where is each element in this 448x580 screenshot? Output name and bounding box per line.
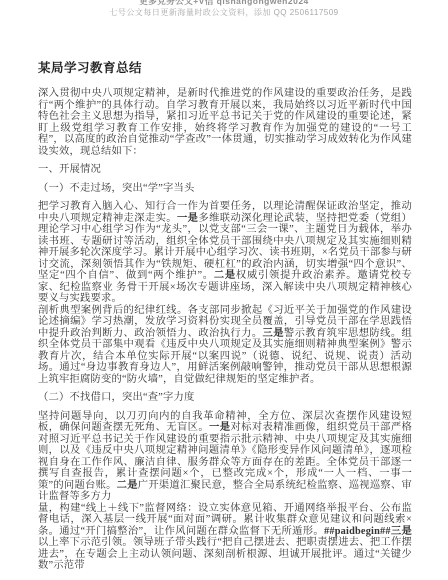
watermark-header: 更多党务公文+V信 qishangongwen2024 七号公文每日更新海量时政… bbox=[0, 0, 448, 18]
bold-text-run: ##paidbegin##三是 bbox=[324, 526, 412, 537]
paragraph: 深入贯彻中央八项规定精神，是新时代推进党的作风建设的重要政治任务，是践行“两个维… bbox=[38, 88, 412, 157]
bold-text-run: 二是 bbox=[117, 480, 138, 491]
text-run: （一）不走过场，突出“学”字当头 bbox=[38, 183, 195, 194]
text-run: 深入贯彻中央八项规定精神，是新时代推进党的作风建设的重要政治任务，是践行“两个维… bbox=[38, 88, 412, 157]
paragraph: 把学习教育入脑入心、知行合一作为首要任务，以理论清醒保证政治坚定，推动中央八项规… bbox=[38, 201, 412, 385]
bold-text-run: 三是 bbox=[263, 328, 284, 339]
text-run: 一、开展情况 bbox=[38, 164, 101, 175]
text-run: 以上率下示范引领。领导班子带头践行“把自己摆进去、把职责摆进去、把工作摆进去”，… bbox=[38, 537, 412, 571]
watermark-line-1: 更多党务公文+V信 qishangongwen2024 bbox=[0, 0, 448, 7]
section-heading: （二）不找借口，突出“查”字力度 bbox=[38, 392, 412, 404]
bold-text-run: 二是 bbox=[214, 270, 236, 281]
section-heading: 一、开展情况 bbox=[38, 164, 412, 176]
document-text-blocks: 深入贯彻中央八项规定精神，是新时代推进党的作风建设的重要政治任务，是践行“两个维… bbox=[38, 88, 412, 572]
bold-text-run: 一是 bbox=[177, 213, 198, 224]
section-heading: （一）不走过场，突出“学”字当头 bbox=[38, 183, 412, 195]
document-title: 某局学习教育总结 bbox=[38, 58, 412, 76]
document-body: 某局学习教育总结 深入贯彻中央八项规定精神，是新时代推进党的作风建设的重要政治任… bbox=[0, 18, 448, 572]
watermark-line-2: 七号公文每日更新海量时政公文资料，添加 QQ 2506117509 bbox=[0, 7, 448, 18]
text-run: （二）不找借口，突出“查”字力度 bbox=[38, 392, 195, 403]
document-page: 更多党务公文+V信 qishangongwen2024 七号公文每日更新海量时政… bbox=[0, 0, 448, 576]
paragraph: 坚持问题导向，以刀刃向内的自我革命精神，全方位、深层次查摆作风建设短板，确保问题… bbox=[38, 411, 412, 572]
bold-text-run: 一是 bbox=[209, 422, 230, 433]
